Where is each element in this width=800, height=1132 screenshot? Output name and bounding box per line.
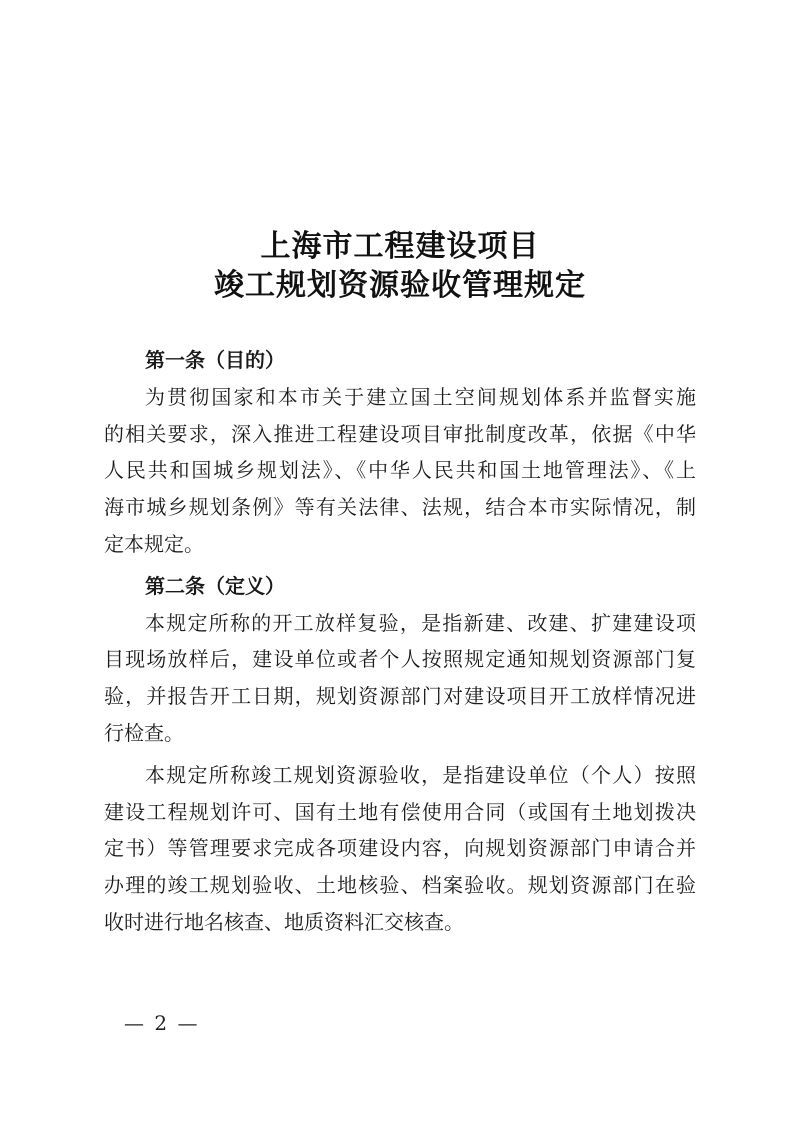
paragraph-line: 定本规定。 (104, 526, 696, 563)
paragraph-line: 人民共和国城乡规划法》、《中华人民共和国土地管理法》、《上 (104, 452, 696, 489)
article-2: 第二条（定义） 本规定所称的开工放样复验，是指新建、改建、扩建建设项 目现场放样… (104, 568, 696, 941)
paragraph-line: 建设工程规划许可、国有土地有偿使用合同（或国有土地划拨决 (104, 794, 696, 831)
document-title-line-2: 竣工规划资源验收管理规定 (0, 260, 800, 304)
paragraph-line: 的相关要求，深入推进工程建设项目审批制度改革，依据《中华 (104, 416, 696, 453)
paragraph-line: 本规定所称竣工规划资源验收，是指建设单位（个人）按照 (104, 757, 696, 794)
document-body: 第一条（目的） 为贯彻国家和本市关于建立国土空间规划体系并监督实施 的相关要求，… (104, 342, 696, 941)
document-title-line-1: 上海市工程建设项目 (0, 221, 800, 265)
article-1-paragraph-1: 为贯彻国家和本市关于建立国土空间规划体系并监督实施 的相关要求，深入推进工程建设… (104, 379, 696, 563)
paragraph-line: 本规定所称的开工放样复验，是指新建、改建、扩建建设项 (104, 605, 696, 642)
article-2-paragraph-2: 本规定所称竣工规划资源验收，是指建设单位（个人）按照 建设工程规划许可、国有土地… (104, 757, 696, 941)
paragraph-line: 办理的竣工规划验收、土地核验、档案验收。规划资源部门在验 (104, 867, 696, 904)
paragraph-line: 为贯彻国家和本市关于建立国土空间规划体系并监督实施 (104, 379, 696, 416)
paragraph-line: 海市城乡规划条例》等有关法律、法规，结合本市实际情况，制 (104, 489, 696, 526)
paragraph-line: 行检查。 (104, 715, 696, 752)
article-2-heading: 第二条（定义） (104, 568, 696, 605)
paragraph-line: 验，并报告开工日期，规划资源部门对建设项目开工放样情况进 (104, 678, 696, 715)
article-2-paragraph-1: 本规定所称的开工放样复验，是指新建、改建、扩建建设项 目现场放样后，建设单位或者… (104, 605, 696, 752)
paragraph-line: 目现场放样后，建设单位或者个人按照规定通知规划资源部门复 (104, 641, 696, 678)
paragraph-line: 收时进行地名核查、地质资料汇交核查。 (104, 904, 696, 941)
article-1: 第一条（目的） 为贯彻国家和本市关于建立国土空间规划体系并监督实施 的相关要求，… (104, 342, 696, 563)
page-number: — 2 — (124, 1011, 199, 1035)
paragraph-line: 定书）等管理要求完成各项建设内容，向规划资源部门申请合并 (104, 830, 696, 867)
article-1-heading: 第一条（目的） (104, 342, 696, 379)
